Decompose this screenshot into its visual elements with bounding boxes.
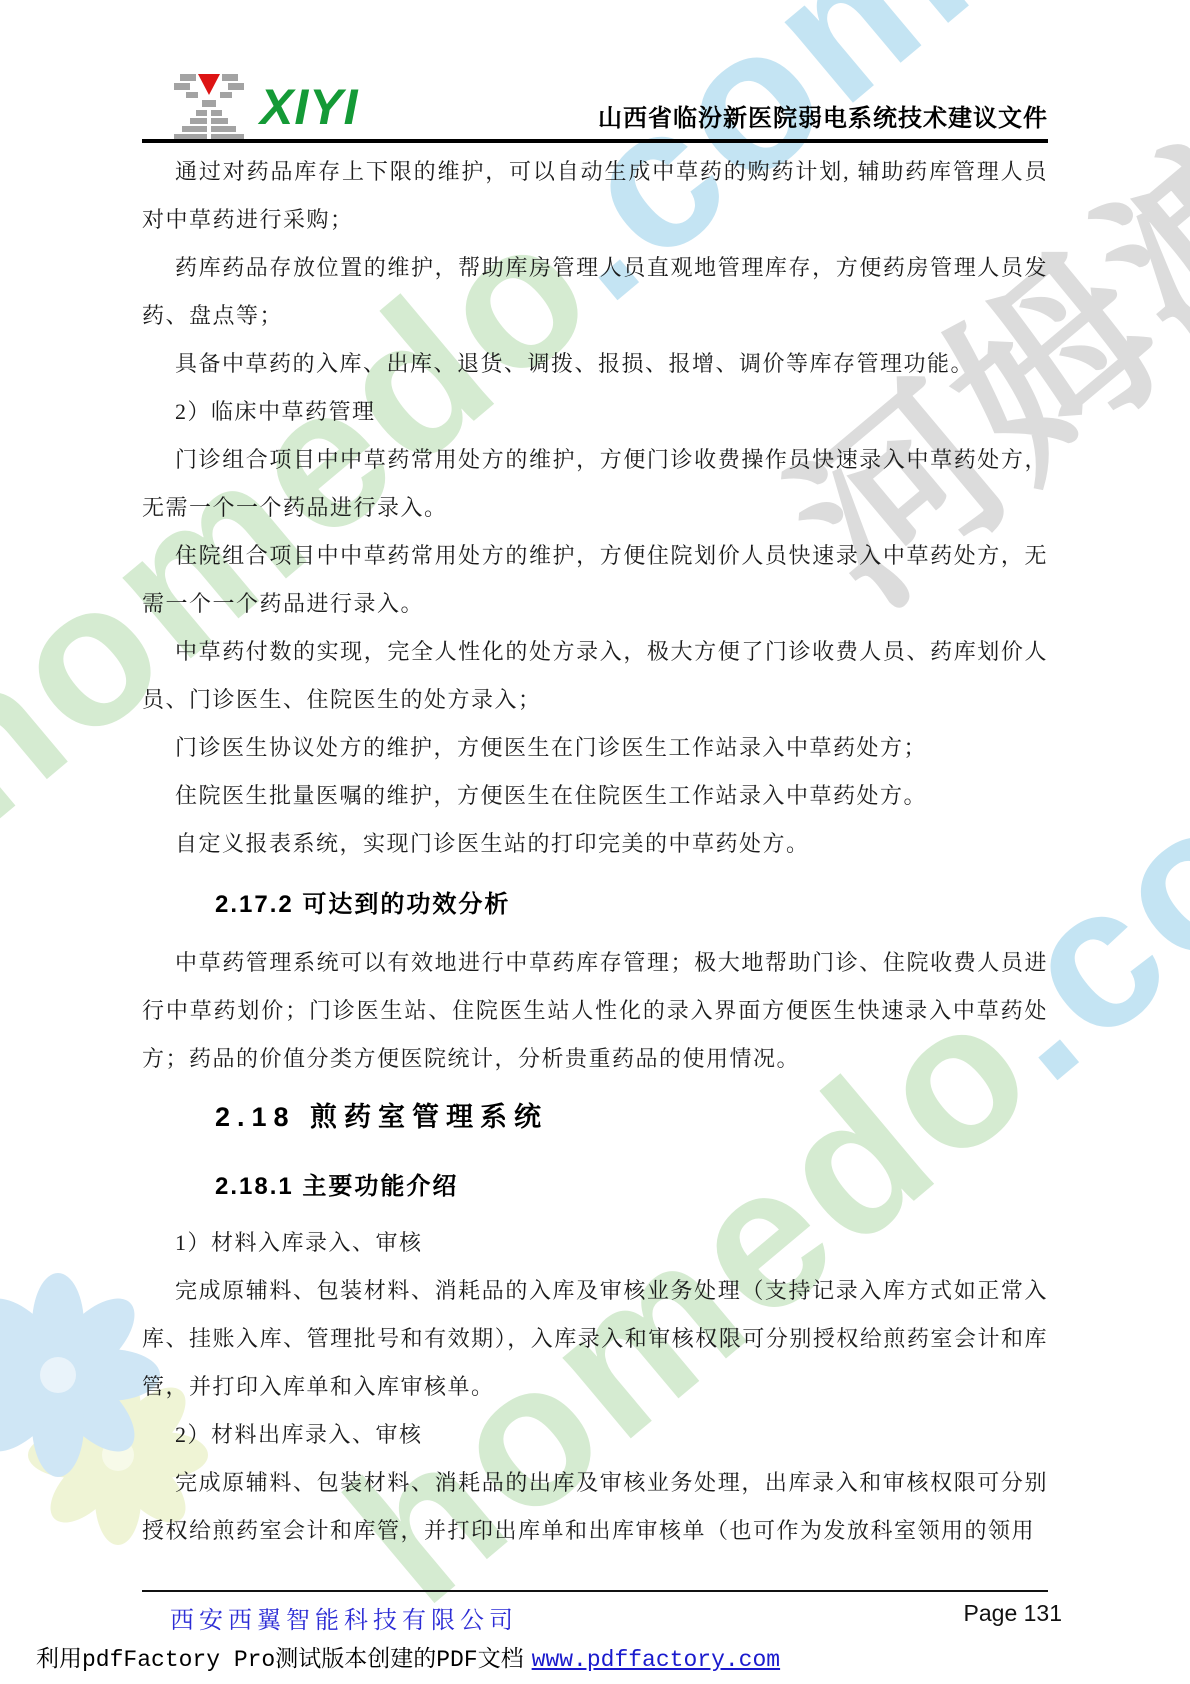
body-paragraph: 自定义报表系统，实现门诊医生站的打印完美的中草药处方。 xyxy=(142,820,1048,868)
heading-2-18-1: 2.18.1 主要功能介绍 xyxy=(215,1163,1048,1211)
document-body: 通过对药品库存上下限的维护，可以自动生成中草药的购药计划, 辅助药库管理人员对中… xyxy=(142,148,1048,1555)
body-paragraph: 2）材料出库录入、审核 xyxy=(142,1411,1048,1459)
body-paragraph: 住院组合项目中中草药常用处方的维护，方便住院划价人员快速录入中草药处方，无需一个… xyxy=(142,532,1048,628)
body-paragraph: 通过对药品库存上下限的维护，可以自动生成中草药的购药计划, 辅助药库管理人员对中… xyxy=(142,148,1048,244)
company-logo: XIYI xyxy=(172,74,358,140)
document-title: 山西省临汾新医院弱电系统技术建议文件 xyxy=(598,98,1048,133)
section-decoction-paragraphs: 1）材料入库录入、审核完成原辅料、包装材料、消耗品的入库及审核业务处理（支持记录… xyxy=(142,1219,1048,1555)
body-paragraph: 完成原辅料、包装材料、消耗品的入库及审核业务处理（支持记录入库方式如正常入库、挂… xyxy=(142,1267,1048,1411)
footer-company-name: 西安西翼智能科技有限公司 xyxy=(170,1600,518,1635)
body-paragraph: 2）临床中草药管理 xyxy=(142,388,1048,436)
logo-red-triangle xyxy=(198,74,220,95)
header-divider xyxy=(142,139,1048,143)
body-paragraph: 门诊组合项目中中草药常用处方的维护，方便门诊收费操作员快速录入中草药处方，无需一… xyxy=(142,436,1048,532)
section-effect-analysis-paragraphs: 中草药管理系统可以有效地进行中草药库存管理；极大地帮助门诊、住院收费人员进行中草… xyxy=(142,939,1048,1083)
body-paragraph: 1）材料入库录入、审核 xyxy=(142,1219,1048,1267)
heading-2-18: 2.18 煎药室管理系统 xyxy=(215,1093,1048,1141)
page-number: Page 131 xyxy=(964,1600,1062,1627)
body-paragraph: 门诊医生协议处方的维护，方便医生在门诊医生工作站录入中草药处方； xyxy=(142,724,1048,772)
body-paragraph: 完成原辅料、包装材料、消耗品的出库及审核业务处理，出库录入和审核权限可分别授权给… xyxy=(142,1459,1048,1555)
logo-text: XIYI xyxy=(260,82,358,132)
pdf-factory-note: 利用pdfFactory Pro测试版本创建的PDF文档www.pdffacto… xyxy=(36,1640,780,1673)
blue-flower-icon xyxy=(0,1273,160,1477)
heading-2-17-2: 2.17.2 可达到的功效分析 xyxy=(215,881,1048,929)
body-paragraph: 中草药付数的实现，完全人性化的处方录入，极大方便了门诊收费人员、药库划价人员、门… xyxy=(142,628,1048,724)
footer-divider xyxy=(142,1590,1048,1592)
logo-mark-icon xyxy=(172,74,246,140)
body-paragraph: 具备中草药的入库、出库、退货、调拨、报损、报增、调价等库存管理功能。 xyxy=(142,340,1048,388)
pdf-note-text: 利用pdfFactory Pro测试版本创建的PDF文档 xyxy=(36,1647,524,1673)
pdf-factory-link[interactable]: www.pdffactory.com xyxy=(532,1647,780,1673)
section-herbal-paragraphs: 通过对药品库存上下限的维护，可以自动生成中草药的购药计划, 辅助药库管理人员对中… xyxy=(142,148,1048,868)
body-paragraph: 药库药品存放位置的维护，帮助库房管理人员直观地管理库存，方便药房管理人员发药、盘… xyxy=(142,244,1048,340)
body-paragraph: 中草药管理系统可以有效地进行中草药库存管理；极大地帮助门诊、住院收费人员进行中草… xyxy=(142,939,1048,1083)
body-paragraph: 住院医生批量医嘱的维护，方便医生在住院医生工作站录入中草药处方。 xyxy=(142,772,1048,820)
document-page: homedo.com homedo.com 河姆渡 xyxy=(0,0,1190,1684)
